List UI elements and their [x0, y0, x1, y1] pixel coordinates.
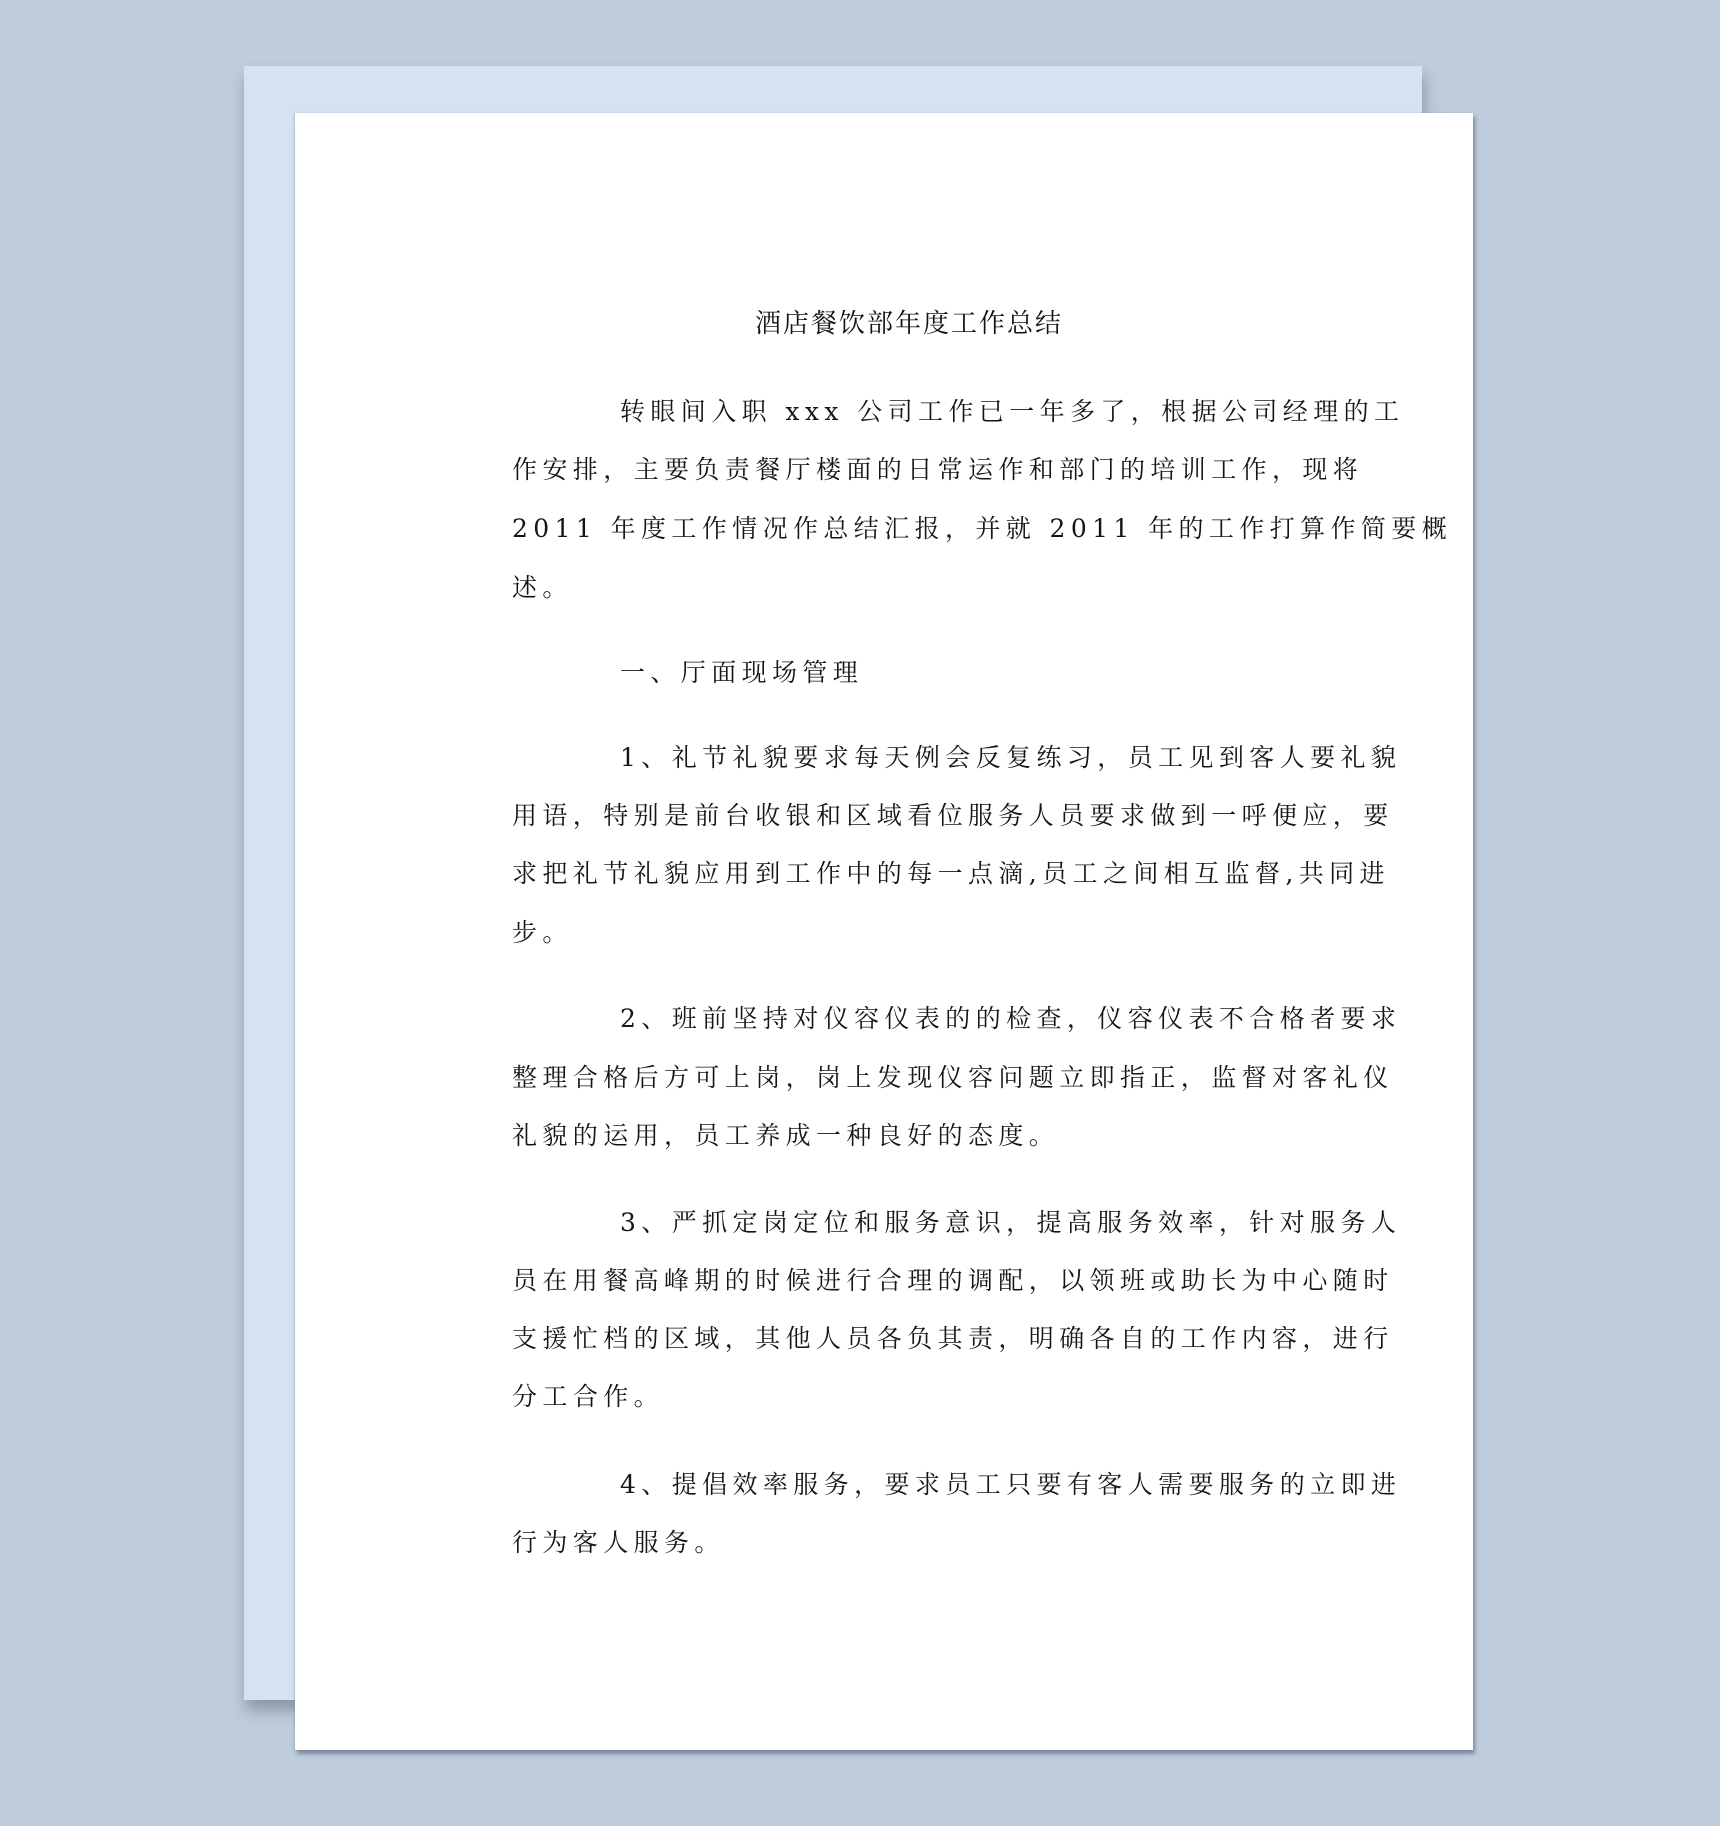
text-line: 整理合格后方可上岗，岗上发现仪容问题立即指正，监督对客礼仪	[512, 1063, 1394, 1093]
section-heading-text: 一、厅面现场管理	[620, 658, 863, 688]
text-line: 2、班前坚持对仪容仪表的的检查，仪容仪表不合格者要求	[620, 1004, 1401, 1034]
document-title: 酒店餐饮部年度工作总结	[320, 309, 1498, 339]
text-line: 述。	[512, 573, 573, 603]
text-line: 作安排，主要负责餐厅楼面的日常运作和部门的培训工作，现将	[512, 455, 1363, 485]
text-line: 求把礼节礼貌应用到工作中的每一点滴,员工之间相互监督,共同进	[512, 859, 1390, 889]
text-line: 支援忙档的区域，其他人员各负其责，明确各自的工作内容，进行	[512, 1324, 1394, 1354]
text-line: 3、严抓定岗定位和服务意识，提高服务效率，针对服务人	[620, 1208, 1401, 1238]
text-line: 行为客人服务。	[512, 1528, 725, 1558]
text-line: 2011 年度工作情况作总结汇报，并就 2011 年的工作打算作简要概	[512, 514, 1452, 544]
text-line: 分工合作。	[512, 1382, 664, 1412]
document-page: 酒店餐饮部年度工作总结 转眼间入职 xxx 公司工作已一年多了，根据公司经理的工…	[295, 113, 1473, 1750]
text-line: 礼貌的运用，员工养成一种良好的态度。	[512, 1121, 1059, 1151]
text-line: 用语，特别是前台收银和区域看位服务人员要求做到一呼便应，要	[512, 801, 1394, 831]
text-line: 转眼间入职 xxx 公司工作已一年多了，根据公司经理的工	[620, 397, 1404, 427]
text-line: 1、礼节礼貌要求每天例会反复练习，员工见到客人要礼貌	[620, 743, 1401, 773]
text-line: 步。	[512, 918, 573, 948]
text-line: 4、提倡效率服务，要求员工只要有客人需要服务的立即进	[620, 1470, 1401, 1500]
text-line: 员在用餐高峰期的时候进行合理的调配，以领班或助长为中心随时	[512, 1266, 1394, 1296]
